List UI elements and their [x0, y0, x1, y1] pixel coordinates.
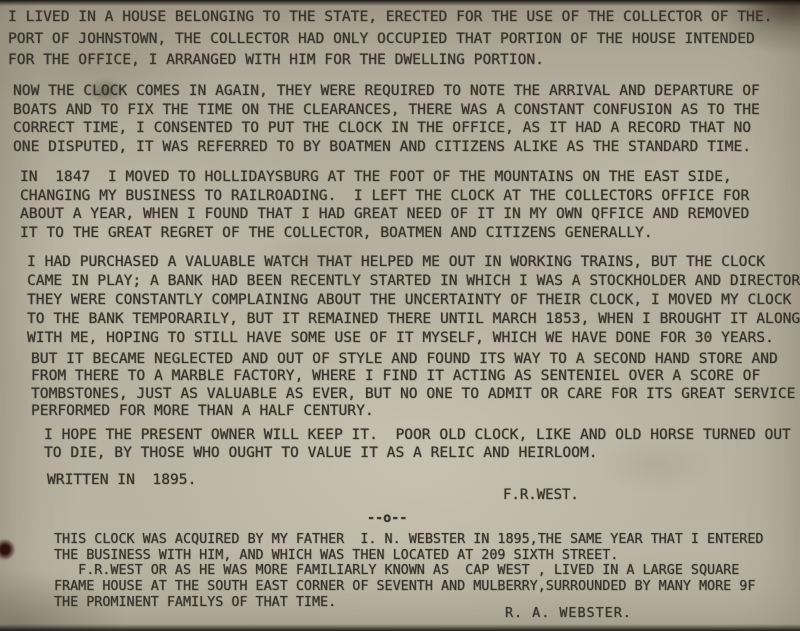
paragraph-hollidaysburg: IN 1847 I MOVED TO HOLLIDAYSBURG AT THE …	[20, 168, 749, 242]
paragraph-clock-office: NOW THE CLOCK COMES IN AGAIN, THEY WERE …	[13, 82, 760, 156]
signature-r-a-webster: R. A. WEBSTER.	[505, 605, 632, 624]
paragraph-hope: I HOPE THE PRESENT OWNER WILL KEEP IT. P…	[44, 426, 791, 462]
section-divider: --o--	[367, 510, 407, 529]
paragraph-marble-factory: BUT IT BECAME NEGLECTED AND OUT OF STYLE…	[31, 350, 795, 420]
paragraph-house: I LIVED IN A HOUSE BELONGING TO THE STAT…	[8, 6, 772, 71]
paragraph-bank: I HAD PURCHASED A VALUABLE WATCH THAT HE…	[27, 252, 800, 347]
signature-f-r-west: F.R.WEST.	[503, 486, 579, 505]
ink-blot	[0, 539, 15, 560]
paper-bottom-edge-shadow	[0, 624, 800, 631]
paragraph-addendum-webster: THIS CLOCK WAS ACQUIRED BY MY FATHER I. …	[54, 532, 763, 611]
typewritten-document-page: I LIVED IN A HOUSE BELONGING TO THE STAT…	[0, 0, 800, 631]
written-in-line: WRITTEN IN 1895.	[47, 471, 196, 490]
